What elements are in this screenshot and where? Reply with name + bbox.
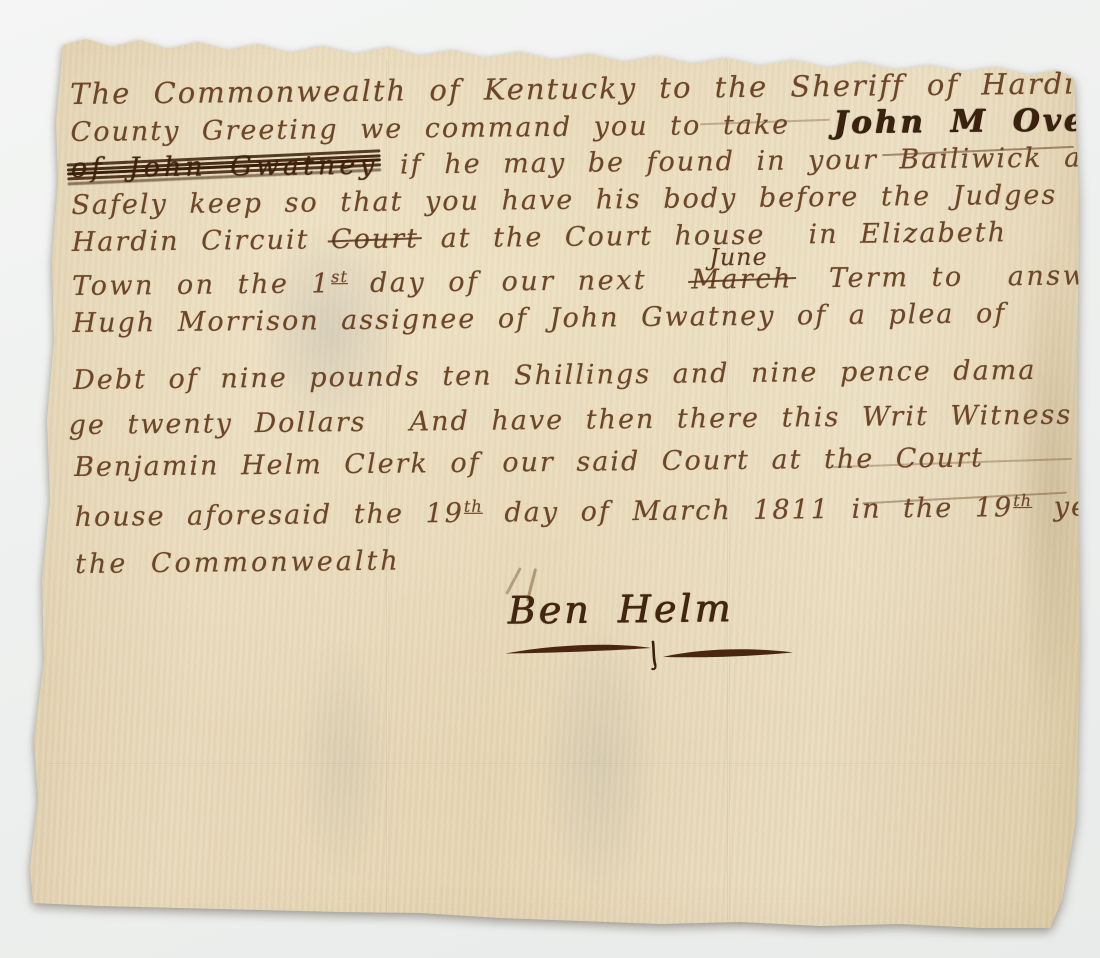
signature-flourish-icon	[501, 633, 801, 672]
manuscript-segment: day of our next	[348, 265, 692, 300]
manuscript-segment: if he may be found in your Bailiwick and…	[378, 141, 1100, 181]
manuscript-segment: ge twenty Dollars And have then there th…	[68, 400, 1072, 442]
manuscript-segment: year of	[1032, 490, 1100, 522]
manuscript-segment: Benjamin Helm Clerk of our said Court at…	[74, 442, 984, 483]
corrected-word: JuneMarch	[691, 260, 793, 298]
manuscript-segment: house aforesaid the 19	[74, 498, 464, 533]
manuscript-segment-sup: th	[1013, 491, 1032, 510]
manuscript-segment-sup: st	[331, 267, 348, 286]
manuscript-segment-struck: Court	[331, 223, 419, 255]
manuscript-lines: The Commonwealth of Kentucky to the Sher…	[70, 65, 1091, 583]
manuscript-line: ge twenty Dollars And have then there th…	[68, 396, 1089, 444]
manuscript-segment: Town on the 1	[72, 268, 331, 302]
manuscript-segment-scribble: of John Gwatney	[71, 150, 379, 184]
paper-shadow-wrap: The Commonwealth of Kentucky to the Sher…	[0, 0, 1100, 958]
manuscript-line: house aforesaid the 19th day of March 18…	[74, 481, 1090, 529]
scan-background: The Commonwealth of Kentucky to the Sher…	[0, 0, 1100, 958]
ink-showthrough-smudge	[295, 640, 390, 880]
manuscript-segment: Debt of nine pounds ten Shillings and ni…	[73, 355, 1037, 396]
manuscript-segment-sup: th	[464, 497, 483, 516]
manuscript-segment: day of March 1811 in the 19	[483, 492, 1014, 529]
struck-word: March	[691, 263, 793, 295]
manuscript-segment: Term to answer	[807, 260, 1100, 294]
manuscript-line: Benjamin Helm Clerk of our said Court at…	[74, 438, 1090, 486]
manuscript-segment: County Greeting we command you to take	[70, 109, 833, 148]
manuscript-line: the Commonwealth	[75, 535, 1091, 583]
manuscript-segment: the Commonwealth	[75, 546, 401, 580]
manuscript-segment: Hardin Circuit	[72, 224, 332, 258]
manuscript-segment: Hugh Morrison assignee of John Gwatney o…	[72, 298, 1006, 339]
manuscript-line: Debt of nine pounds ten Shillings and ni…	[73, 351, 1089, 399]
manuscript-text: The Commonwealth of Kentucky to the Sher…	[70, 65, 1092, 677]
document-paper: The Commonwealth of Kentucky to the Sher…	[0, 0, 1100, 958]
manuscript-line: Hugh Morrison assignee of John Gwatney o…	[72, 294, 1088, 342]
manuscript-segment-dark: John M Overton assignee	[833, 99, 1100, 141]
